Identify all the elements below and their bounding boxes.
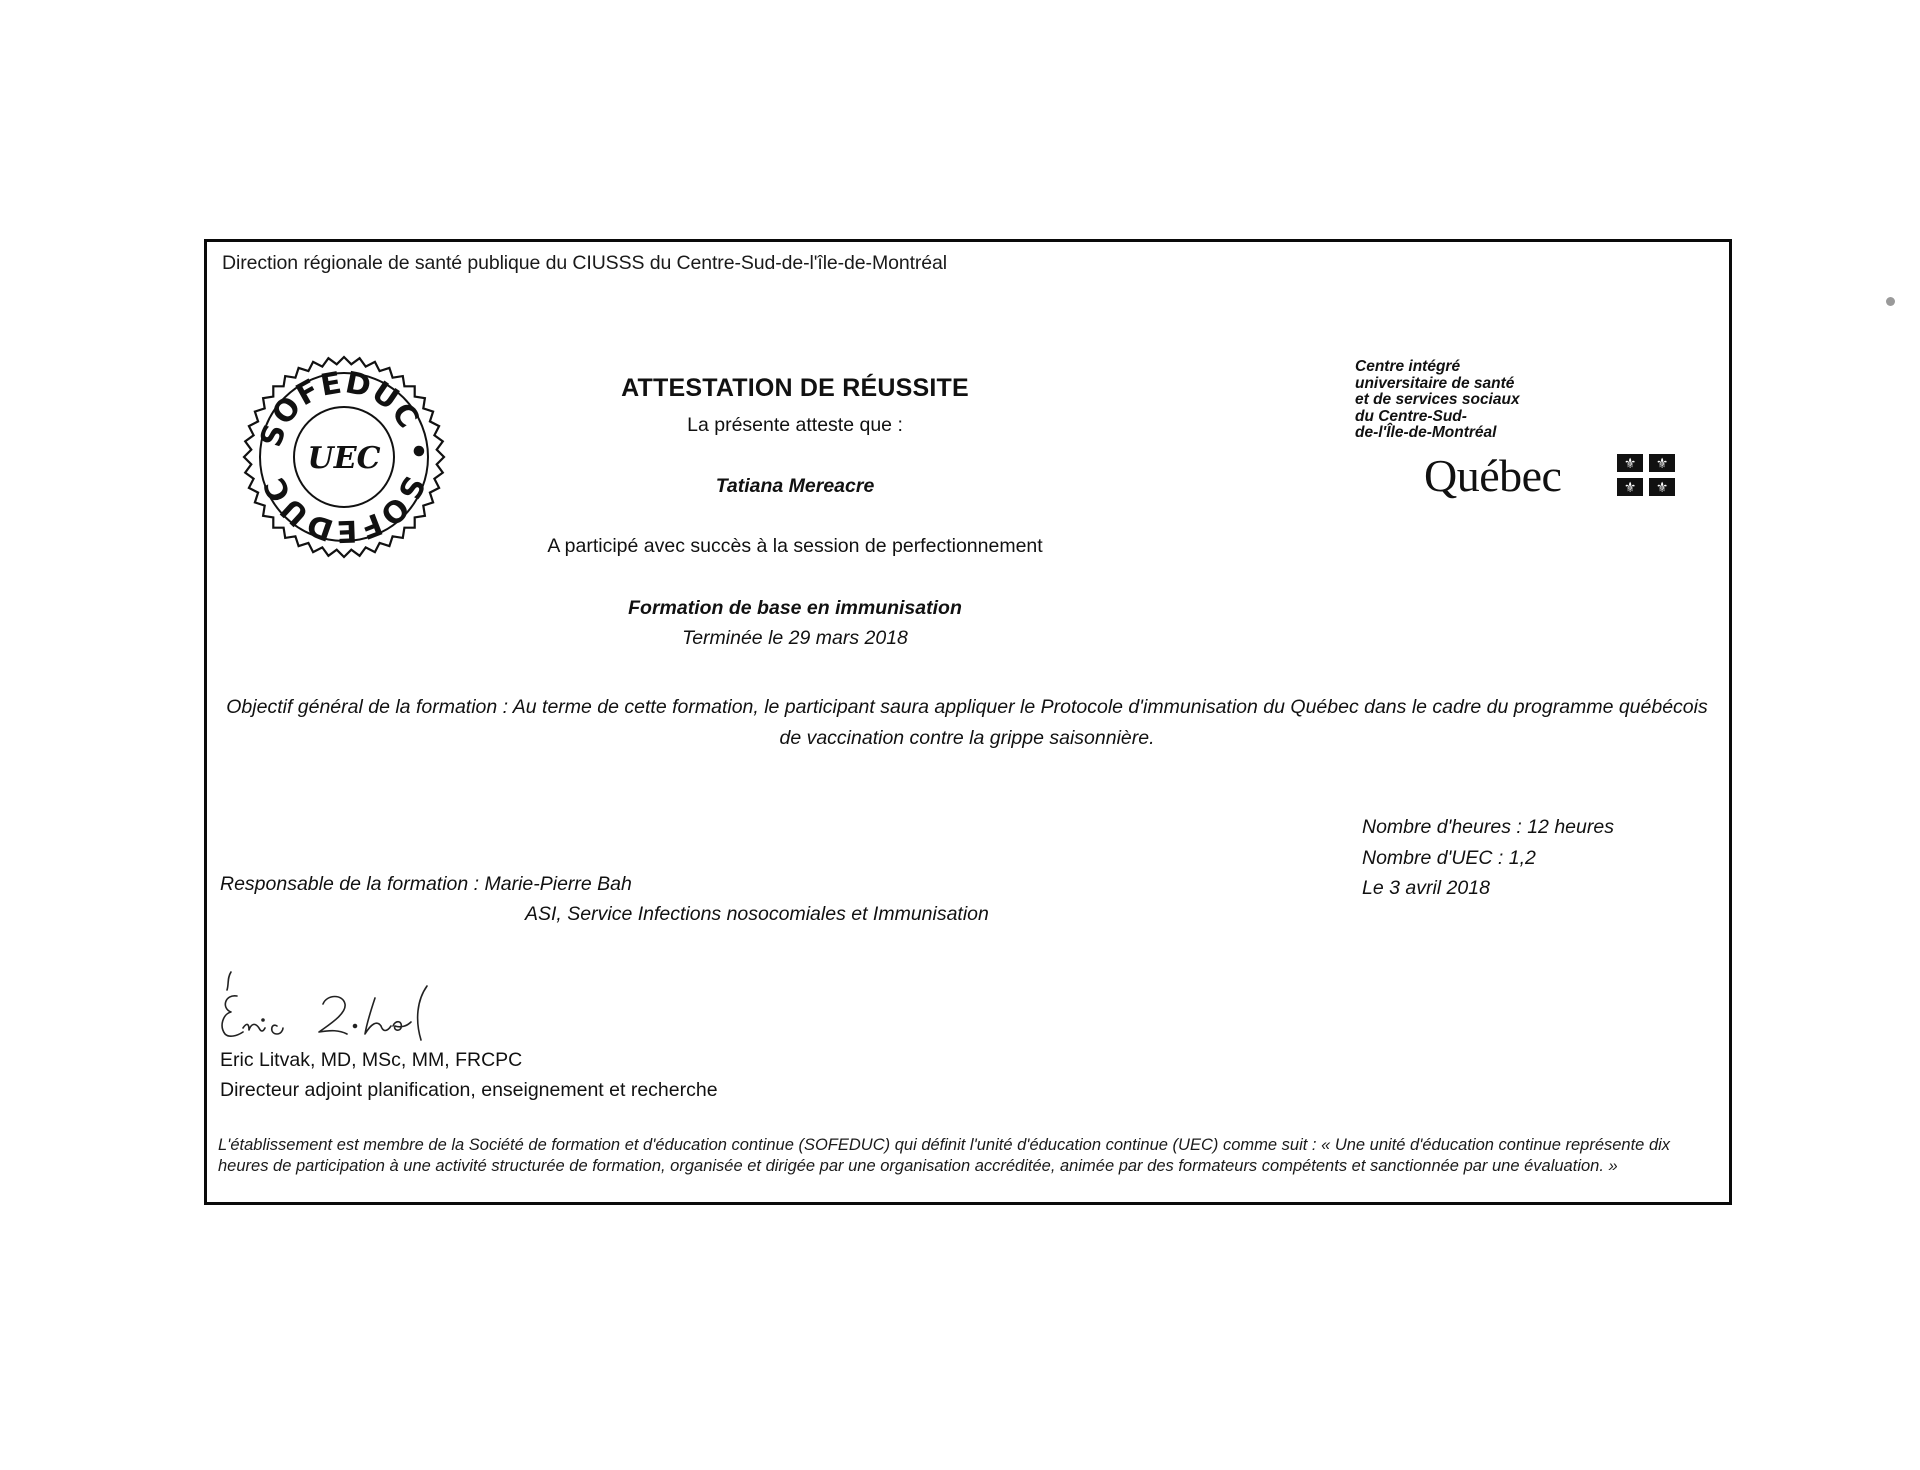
course-name: Formation de base en immunisation — [207, 597, 1383, 620]
organization-line: universitaire de santé — [1355, 376, 1655, 393]
participant-name: Tatiana Mereacre — [207, 475, 1383, 498]
signatory-name: Eric Litvak, MD, MSc, MM, FRCPC — [220, 1049, 522, 1072]
issue-date: Le 3 avril 2018 — [1362, 873, 1614, 904]
issuing-department: Direction régionale de santé publique du… — [222, 252, 947, 275]
quebec-flag-icon: ⚜ ⚜ ⚜ ⚜ — [1617, 454, 1677, 498]
training-stats: Nombre d'heures : 12 heures Nombre d'UEC… — [1362, 812, 1614, 904]
certificate-frame: Direction régionale de santé publique du… — [204, 239, 1732, 1205]
uec-count: Nombre d'UEC : 1,2 — [1362, 843, 1614, 874]
training-responsible: Responsable de la formation : Marie-Pier… — [220, 873, 632, 896]
participation-statement: A participé avec succès à la session de … — [207, 535, 1383, 558]
organization-line: Centre intégré — [1355, 359, 1655, 376]
certificate-title: ATTESTATION DE RÉUSSITE — [207, 374, 1383, 403]
scan-artifact-dot — [1886, 297, 1895, 306]
hours-count: Nombre d'heures : 12 heures — [1362, 812, 1614, 843]
seal-center-text: UEC — [308, 441, 381, 476]
svg-text:⚜: ⚜ — [1656, 456, 1669, 472]
sofeduc-footnote: L'établissement est membre de la Société… — [218, 1135, 1718, 1176]
certificate-subtitle: La présente atteste que : — [207, 414, 1383, 437]
signatory-title: Directeur adjoint planification, enseign… — [220, 1079, 718, 1102]
organization-name: Centre intégré universitaire de santé et… — [1355, 359, 1655, 442]
quebec-wordmark: Québec — [1424, 449, 1561, 502]
organization-line: et de services sociaux — [1355, 392, 1655, 409]
svg-text:⚜: ⚜ — [1656, 480, 1669, 496]
training-objective: Objectif général de la formation : Au te… — [219, 692, 1715, 754]
organization-line: du Centre-Sud- — [1355, 409, 1655, 426]
organization-line: de-l'Île-de-Montréal — [1355, 425, 1655, 442]
svg-text:⚜: ⚜ — [1624, 480, 1637, 496]
handwritten-signature-icon — [215, 964, 500, 1054]
svg-text:⚜: ⚜ — [1624, 456, 1637, 472]
course-completion-date: Terminée le 29 mars 2018 — [207, 627, 1383, 650]
responsible-role: ASI, Service Infections nosocomiales et … — [525, 903, 989, 926]
